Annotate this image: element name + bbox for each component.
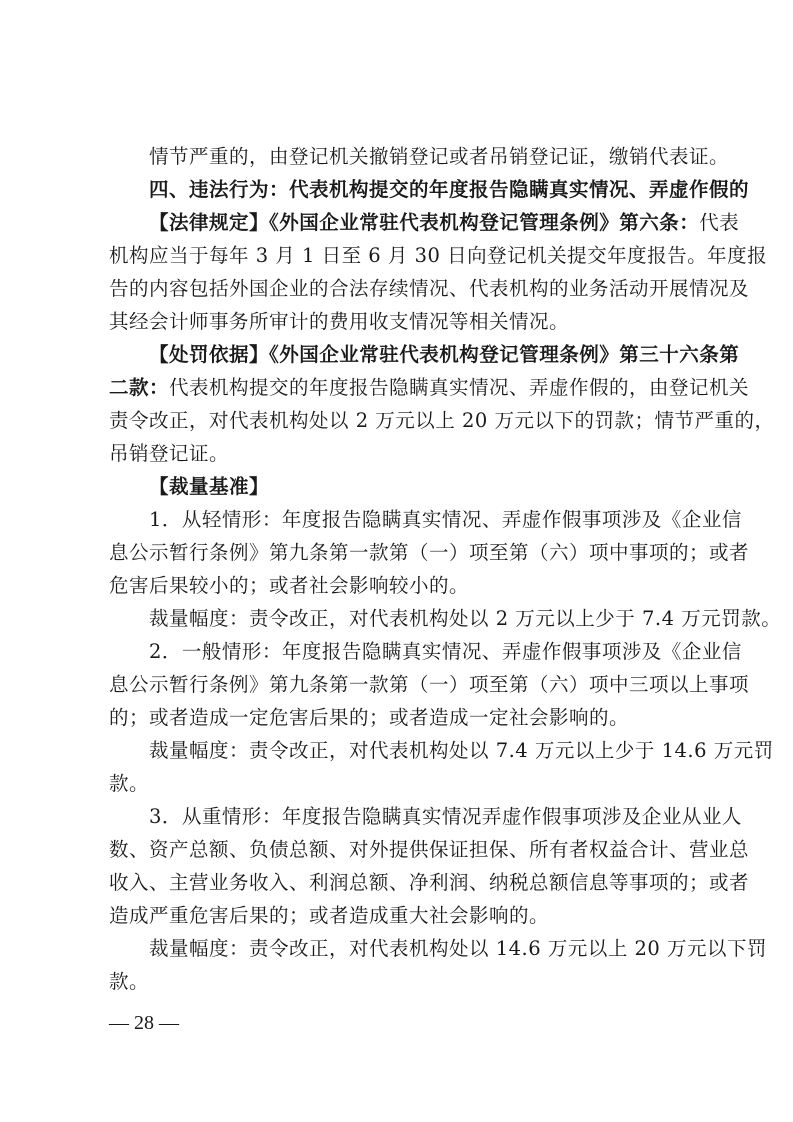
text-line: 款。 bbox=[109, 767, 699, 800]
text-span: 代表机构提交的年度报告隐瞒真实情况、弄虚作假的，由登记机关 bbox=[169, 376, 749, 399]
text-line: 危害后果较小的；或者社会影响较小的。 bbox=[109, 569, 699, 602]
text-line: 二款：代表机构提交的年度报告隐瞒真实情况、弄虚作假的，由登记机关 bbox=[109, 371, 699, 404]
label-discretion-standard: 【裁量基准】 bbox=[149, 475, 269, 498]
text-line: 息公示暂行条例》第九条第一款第（一）项至第（六）项中三项以上事项 bbox=[109, 668, 699, 701]
text-line: 其经会计师事务所审计的费用收支情况等相关情况。 bbox=[109, 305, 699, 338]
text-line: 1．从轻情形：年度报告隐瞒真实情况、弄虚作假事项涉及《企业信 bbox=[109, 503, 699, 536]
text-line: 裁量幅度：责令改正，对代表机构处以 2 万元以上少于 7.4 万元罚款。 bbox=[109, 602, 699, 635]
text-line: 责令改正，对代表机构处以 2 万元以上 20 万元以下的罚款；情节严重的， bbox=[109, 404, 699, 437]
text-line: 吊销登记证。 bbox=[109, 437, 699, 470]
text-line: 数、资产总额、负债总额、对外提供保证担保、所有者权益合计、营业总 bbox=[109, 833, 699, 866]
text-line: 的；或者造成一定危害后果的；或者造成一定社会影响的。 bbox=[109, 701, 699, 734]
text-line: 收入、主营业务收入、利润总额、净利润、纳税总额信息等事项的；或者 bbox=[109, 866, 699, 899]
text-line: 裁量幅度：责令改正，对代表机构处以 7.4 万元以上少于 14.6 万元罚 bbox=[109, 734, 699, 767]
label-legal-provision: 【法律规定】《外国企业常驻代表机构登记管理条例》第六条： bbox=[149, 211, 699, 234]
page-number: — 28 — bbox=[109, 1012, 179, 1035]
document-page: 情节严重的，由登记机关撤销登记或者吊销登记证，缴销代表证。 四、违法行为：代表机… bbox=[109, 140, 699, 998]
text-line: 裁量幅度：责令改正，对代表机构处以 14.6 万元以上 20 万元以下罚 bbox=[109, 932, 699, 965]
text-line: 2．一般情形：年度报告隐瞒真实情况、弄虚作假事项涉及《企业信 bbox=[109, 635, 699, 668]
text-line: 告的内容包括外国企业的合法存续情况、代表机构的业务活动开展情况及 bbox=[109, 272, 699, 305]
text-line: 款。 bbox=[109, 965, 699, 998]
label-penalty-basis: 【处罚依据】《外国企业常驻代表机构登记管理条例》第三十六条第 bbox=[149, 343, 739, 366]
text-span: 代表 bbox=[699, 211, 739, 234]
text-line: 造成严重危害后果的；或者造成重大社会影响的。 bbox=[109, 899, 699, 932]
section-heading: 四、违法行为：代表机构提交的年度报告隐瞒真实情况、弄虚作假的 bbox=[109, 173, 699, 206]
text-line: 情节严重的，由登记机关撤销登记或者吊销登记证，缴销代表证。 bbox=[109, 140, 699, 173]
text-line: 【裁量基准】 bbox=[109, 470, 699, 503]
text-line: 机构应当于每年 3 月 1 日至 6 月 30 日向登记机关提交年度报告。年度报 bbox=[109, 239, 699, 272]
text-line: 【处罚依据】《外国企业常驻代表机构登记管理条例》第三十六条第 bbox=[109, 338, 699, 371]
text-line: 3．从重情形：年度报告隐瞒真实情况弄虚作假事项涉及企业从业人 bbox=[109, 800, 699, 833]
text-line: 息公示暂行条例》第九条第一款第（一）项至第（六）项中事项的；或者 bbox=[109, 536, 699, 569]
bold-span: 二款： bbox=[109, 376, 169, 399]
text-line: 【法律规定】《外国企业常驻代表机构登记管理条例》第六条：代表 bbox=[109, 206, 699, 239]
